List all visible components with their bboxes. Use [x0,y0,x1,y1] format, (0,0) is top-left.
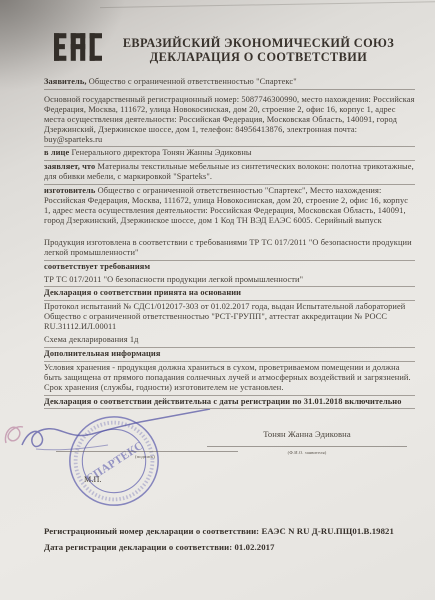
stamp-place-label: М.П. [84,475,102,485]
additional-heading: Дополнительная информация [44,348,415,362]
eac-logo-icon [54,28,102,66]
applicant-fio: Тонян Жанна Эдиковна [207,430,407,440]
basis-scheme: Схема декларирования 1д [44,334,415,348]
signature-area: СПАРТЕКС (подпись) М.П. Тонян Жанна Эдик… [44,415,415,507]
declaration-title: ДЕКЛАРАЦИЯ О СООТВЕТСТВИИ [102,51,415,65]
conformity-value: ТР ТС 017/2011 "О безопасности продукции… [44,274,415,288]
representative-line: в лице Генерального директора Тонян Жанн… [44,147,415,161]
basis-heading: Декларация о соответствии принята на осн… [44,287,415,301]
manufacturer-value: Общество с ограниченной ответственностью… [44,186,408,225]
registration-date: Дата регистрации декларации о соответств… [44,539,415,555]
paper-edge [100,1,435,8]
applicant-details: Основной государственный регистрационный… [44,94,415,148]
declares-value: Материалы текстильные мебельные из синте… [44,162,414,181]
representative-label: в лице [44,148,69,157]
production-line: Продукция изготовлена в соответствии с т… [44,237,415,261]
conformity-heading: соответствует требованиям [44,261,415,274]
union-title: ЕВРАЗИЙСКИЙ ЭКОНОМИЧЕСКИЙ СОЮЗ [102,37,415,51]
declares-line: заявляет, что Материалы текстильные мебе… [44,161,415,185]
declares-label: заявляет, что [44,162,95,171]
applicant-value: Общество с ограниченной ответственностью… [89,77,297,86]
basis-protocol: Протокол испытаний № СДС1/012017-303 от … [44,301,415,334]
declaration-document: ЕВРАЗИЙСКИЙ ЭКОНОМИЧЕСКИЙ СОЮЗ ДЕКЛАРАЦИ… [0,24,435,555]
representative-value: Генерального директора Тонян Жанны Эдико… [72,148,252,157]
additional-text: Условия хранения - продукция должна хран… [44,362,415,396]
validity-line: Декларация о соответствии действительна … [44,396,415,410]
applicant-label: Заявитель, [44,77,87,86]
registration-number: Регистрационный номер декларации о соотв… [44,523,415,539]
fio-line [207,446,407,447]
signature-caption: (подпись) [90,454,200,460]
title-block: ЕВРАЗИЙСКИЙ ЭКОНОМИЧЕСКИЙ СОЮЗ ДЕКЛАРАЦИ… [102,24,415,64]
manufacturer-label: изготовитель [44,186,95,195]
manufacturer-line: изготовитель Общество с ограниченной отв… [44,185,415,228]
document-photo: ЕВРАЗИЙСКИЙ ЭКОНОМИЧЕСКИЙ СОЮЗ ДЕКЛАРАЦИ… [0,0,435,600]
registration-block: Регистрационный номер декларации о соотв… [44,523,415,555]
document-header: ЕВРАЗИЙСКИЙ ЭКОНОМИЧЕСКИЙ СОЮЗ ДЕКЛАРАЦИ… [44,24,415,66]
fio-caption: (Ф.И.О. заявителя) [207,448,407,458]
applicant-line: Заявитель, Общество с ограниченной ответ… [44,76,415,90]
